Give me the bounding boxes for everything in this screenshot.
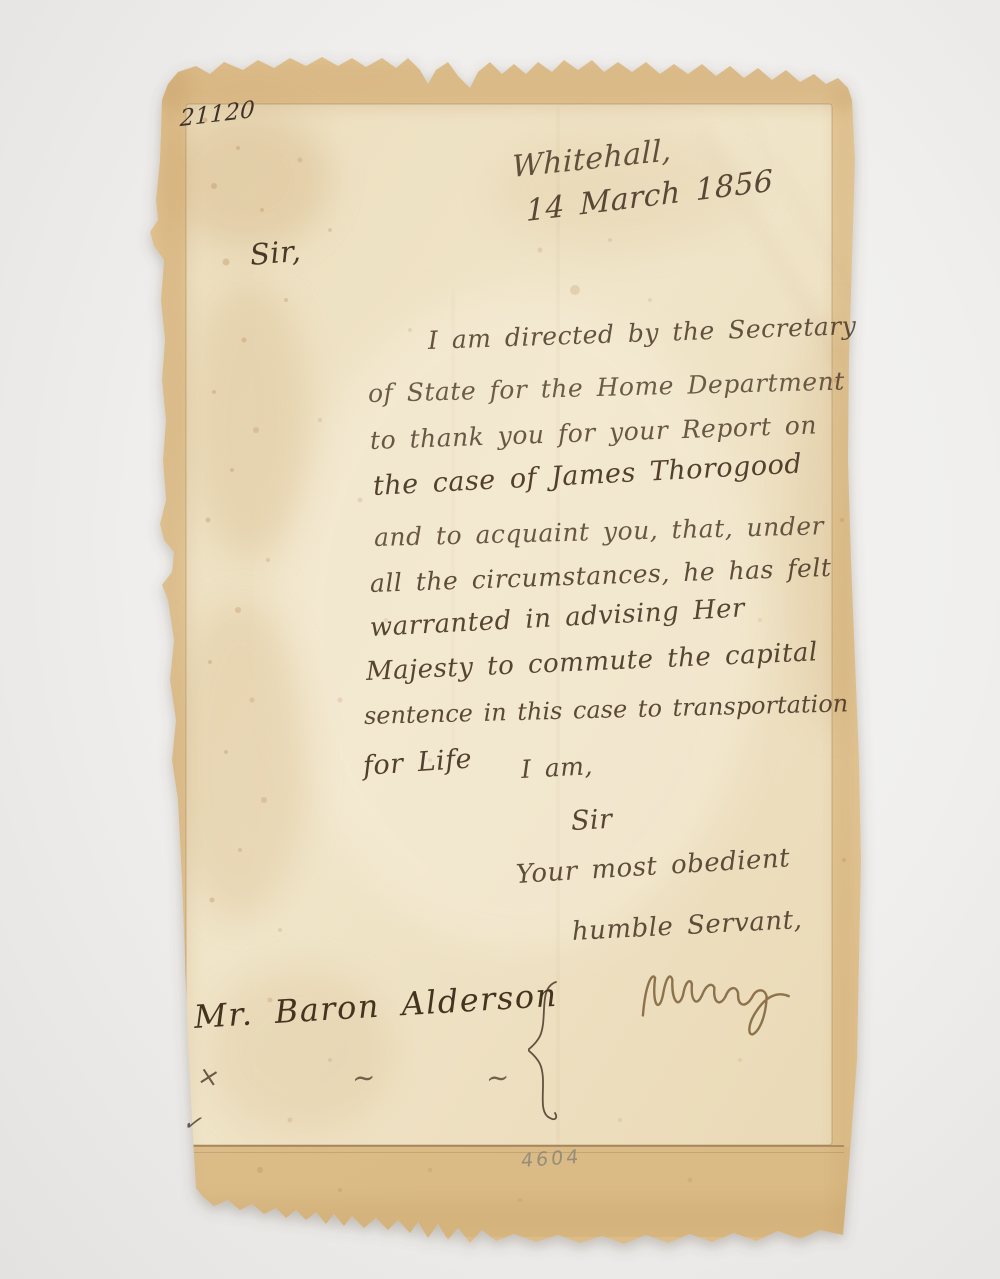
fold-strip xyxy=(160,1147,850,1237)
mark-squiggle-2: ∼ xyxy=(485,1060,511,1095)
pencil-number: 4604 xyxy=(520,1146,582,1172)
closing-i-am: I am, xyxy=(520,751,593,784)
closing-sir: Sir xyxy=(570,804,613,837)
salutation: Sir, xyxy=(249,234,303,272)
mark-check: ✓ xyxy=(181,1110,203,1137)
signature-scrawl xyxy=(624,937,803,1049)
letter-photo: 21120 Whitehall, 14 March 1856 Sir, I am… xyxy=(0,0,1000,1279)
mark-squiggle-1: ∼ xyxy=(351,1060,377,1095)
addressee-brace xyxy=(528,980,568,1122)
